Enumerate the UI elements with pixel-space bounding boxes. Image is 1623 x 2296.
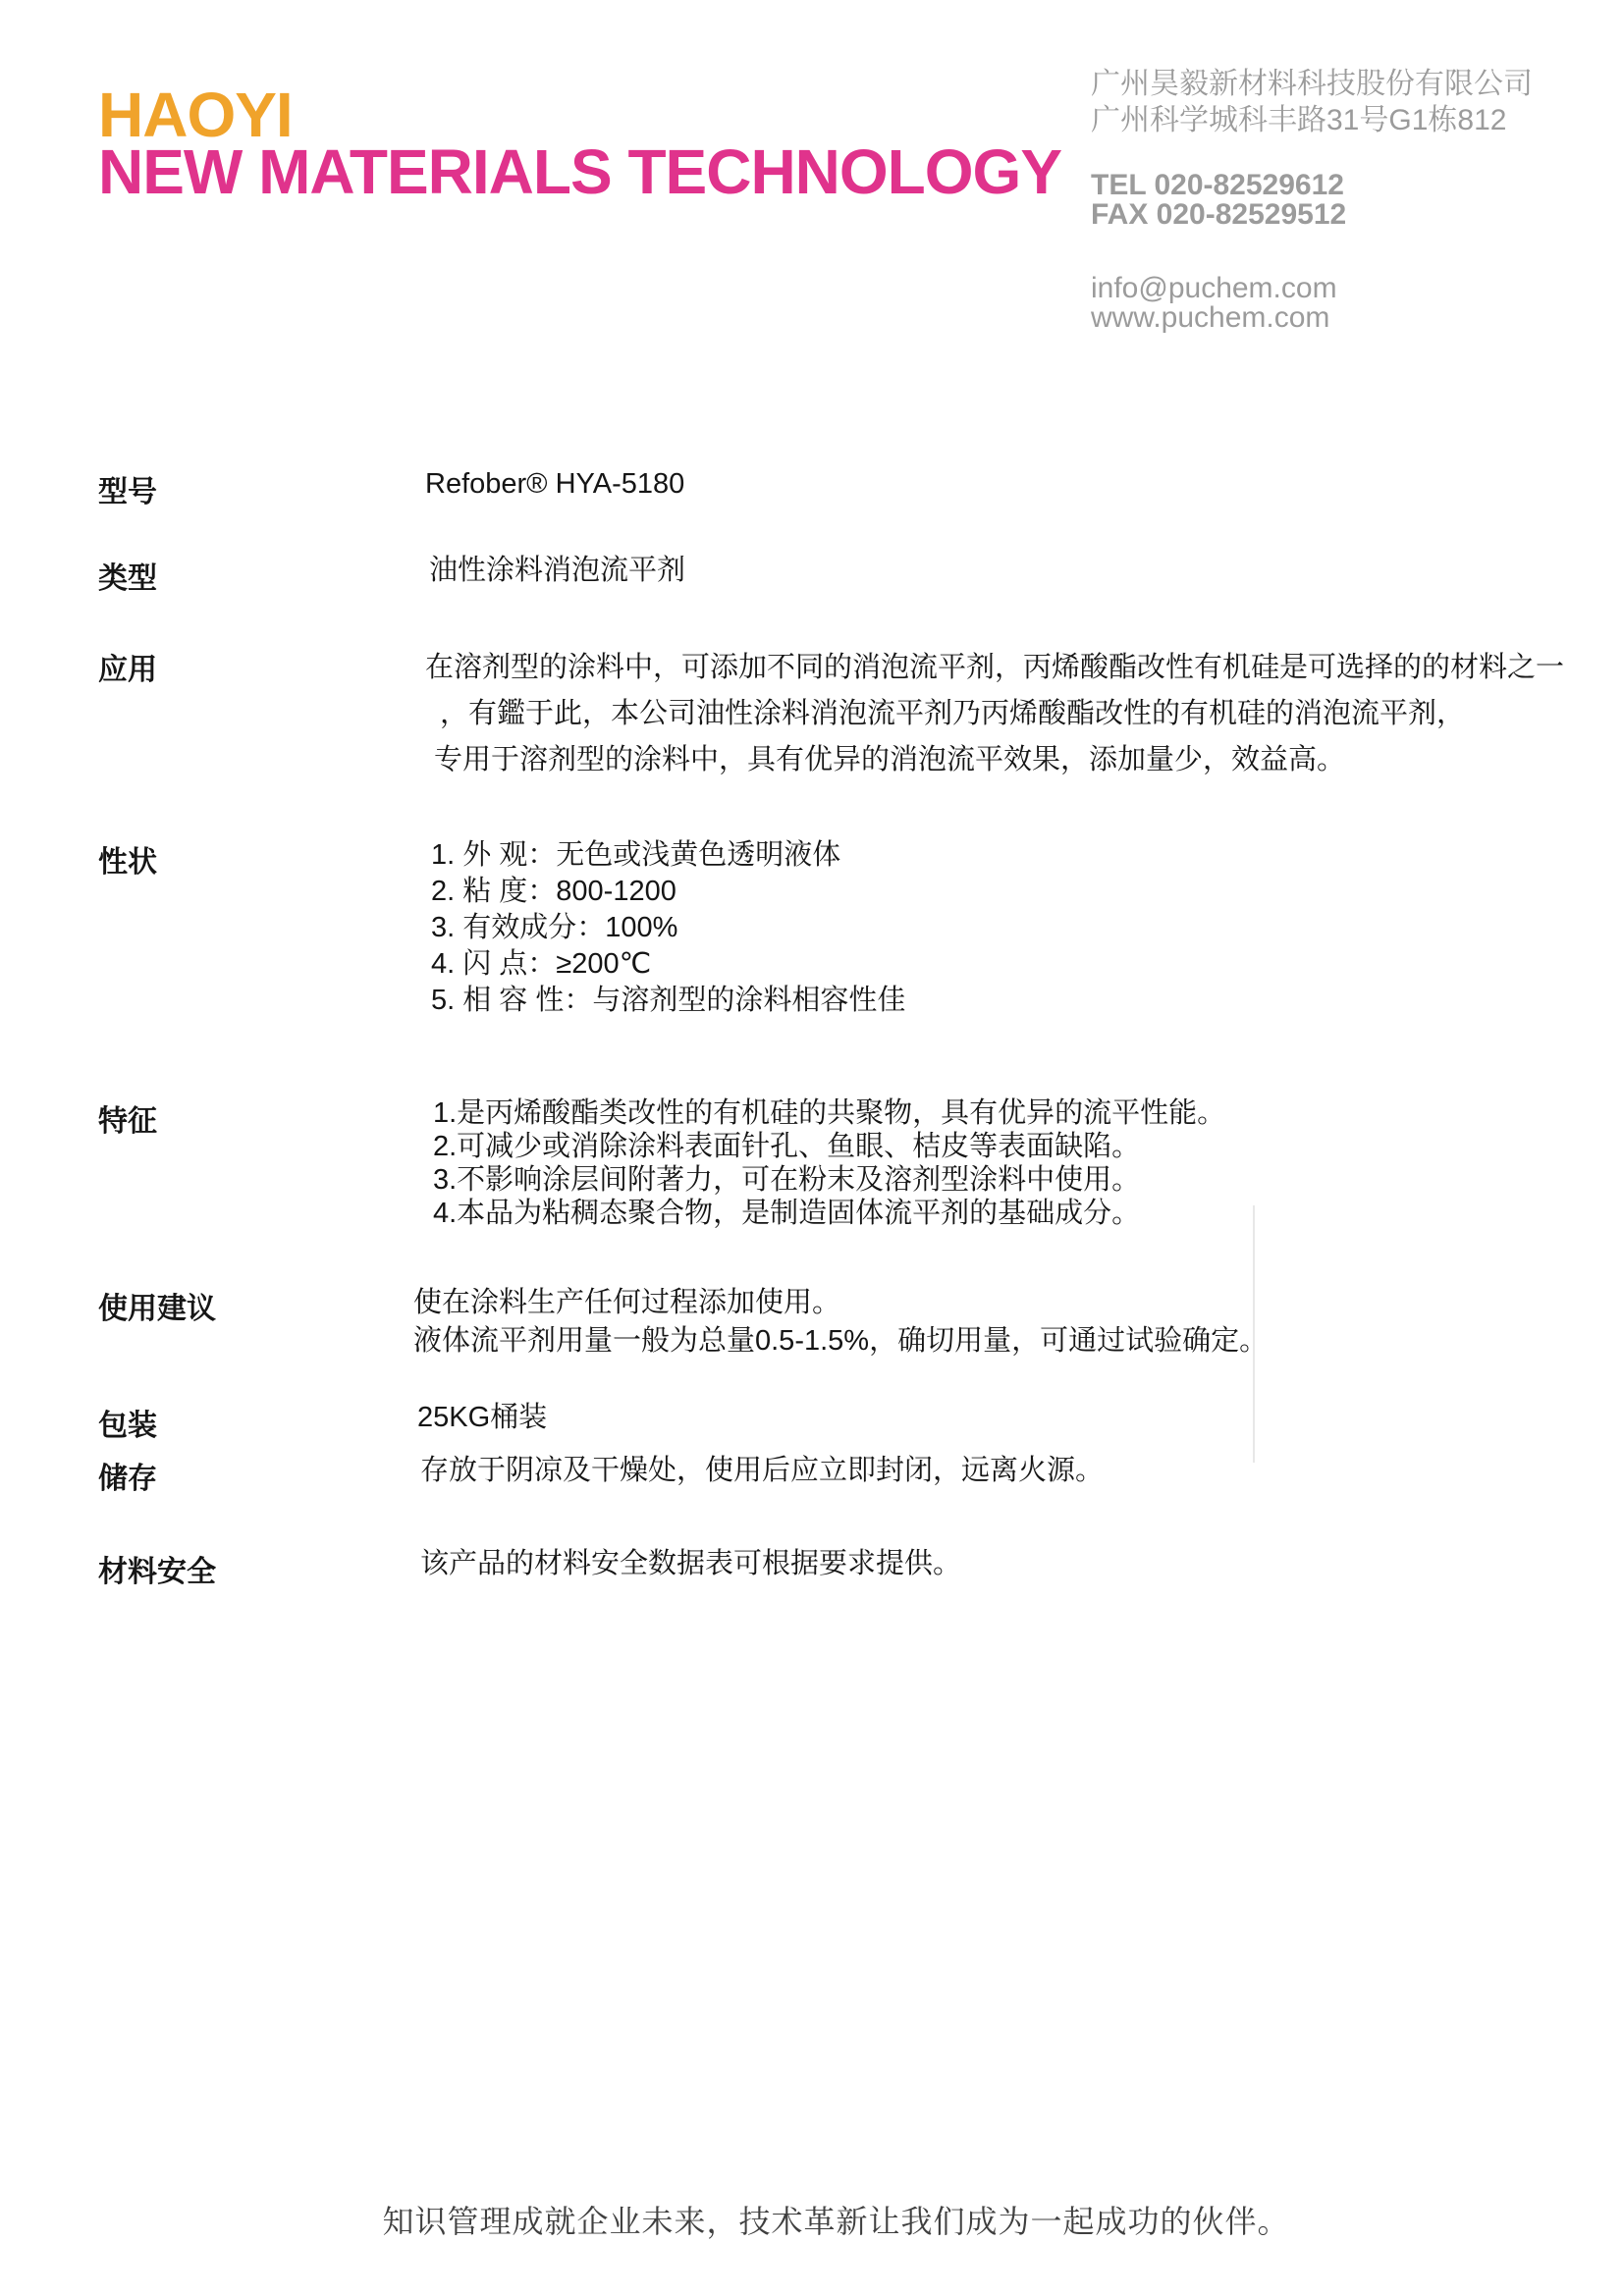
row-label: 包装 [98, 1401, 157, 1444]
value-line: 液体流平剂用量一般为总量0.5-1.5%，确切用量，可通过试验确定。 [413, 1322, 1268, 1361]
page-footer: 知识管理成就企业未来，技术革新让我们成为一起成功的伙伴。 [25, 2197, 1623, 2242]
value-line: 2. 粘 度：800-1200 [431, 874, 905, 910]
footer-tagline: 知识管理成就企业未来，技术革新让我们成为一起成功的伙伴。 [25, 2197, 1623, 2242]
logo-subtitle: NEW MATERIALS TECHNOLOGY [98, 143, 1061, 200]
row-label: 类型 [98, 554, 157, 597]
row-label: 应用 [98, 645, 157, 688]
row-label: 性状 [98, 837, 157, 881]
value-line: Refober® HYA-5180 [425, 467, 684, 501]
value-line: 5. 相 容 性：与溶剂型的涂料相容性佳 [431, 983, 905, 1019]
value-line: 4. 闪 点：≥200℃ [431, 946, 905, 983]
value-line: 1.是丙烯酸酯类改性的有机硅的共聚物，具有优异的流平性能。 [433, 1096, 1225, 1130]
company-email: info@puchem.com [1091, 272, 1337, 305]
row-value: 该产品的材料安全数据表可根据要求提供。 [420, 1547, 961, 1580]
row-value: 1. 外 观：无色或浅黄色透明液体 2. 粘 度：800-1200 3. 有效成… [431, 837, 905, 1019]
company-address: 广州科学城科丰路31号G1栋812 [1091, 95, 1506, 138]
value-line: 4.本品为粘稠态聚合物，是制造固体流平剂的基础成分。 [433, 1197, 1225, 1230]
row-value: 存放于阴凉及干燥处，使用后应立即封闭，远离火源。 [420, 1454, 1104, 1487]
row-label: 材料安全 [98, 1547, 216, 1590]
logo-wordmark: HAOYI [98, 86, 1061, 143]
row-label: 特征 [98, 1096, 157, 1140]
datasheet-page: HAOYI NEW MATERIALS TECHNOLOGY 广州昊毅新材料科技… [0, 0, 1623, 2296]
row-label: 储存 [98, 1454, 157, 1497]
value-line: 油性涂料消泡流平剂 [429, 554, 685, 587]
value-line: 3. 有效成分：100% [431, 910, 905, 946]
row-value: 油性涂料消泡流平剂 [429, 554, 685, 587]
value-line: 该产品的材料安全数据表可根据要求提供。 [420, 1547, 961, 1580]
row-label: 使用建议 [98, 1284, 216, 1327]
row-label: 型号 [98, 467, 157, 510]
value-line: 专用于溶剂型的涂料中，具有优异的消泡流平效果，添加量少，效益高。 [425, 737, 1564, 783]
value-line: 存放于阴凉及干燥处，使用后应立即封闭，远离火源。 [420, 1454, 1104, 1487]
company-website: www.puchem.com [1091, 301, 1329, 335]
row-value: 1.是丙烯酸酯类改性的有机硅的共聚物，具有优异的流平性能。 2.可减少或消除涂料… [433, 1096, 1225, 1230]
value-line: 1. 外 观：无色或浅黄色透明液体 [431, 837, 905, 874]
row-value: Refober® HYA-5180 [425, 467, 684, 501]
row-value: 25KG桶装 [417, 1401, 547, 1434]
value-line: 25KG桶装 [417, 1401, 547, 1434]
value-line: 使在涂料生产任何过程添加使用。 [413, 1284, 1268, 1322]
value-line: ，有鑑于此，本公司油性涂料消泡流平剂乃丙烯酸酯改性的有机硅的消泡流平剂， [425, 691, 1564, 737]
company-logo: HAOYI NEW MATERIALS TECHNOLOGY [98, 86, 1061, 200]
company-fax: FAX 020-82529512 [1091, 198, 1346, 232]
vertical-divider [1253, 1205, 1255, 1463]
value-line: 在溶剂型的涂料中，可添加不同的消泡流平剂，丙烯酸酯改性有机硅是可选择的的材料之一 [425, 645, 1564, 691]
company-tel: TEL 020-82529612 [1091, 169, 1344, 202]
row-value: 在溶剂型的涂料中，可添加不同的消泡流平剂，丙烯酸酯改性有机硅是可选择的的材料之一… [425, 645, 1564, 783]
value-line: 3.不影响涂层间附著力，可在粉末及溶剂型涂料中使用。 [433, 1163, 1225, 1197]
row-value: 使在涂料生产任何过程添加使用。 液体流平剂用量一般为总量0.5-1.5%，确切用… [413, 1284, 1268, 1361]
value-line: 2.可减少或消除涂料表面针孔、鱼眼、桔皮等表面缺陷。 [433, 1130, 1225, 1163]
